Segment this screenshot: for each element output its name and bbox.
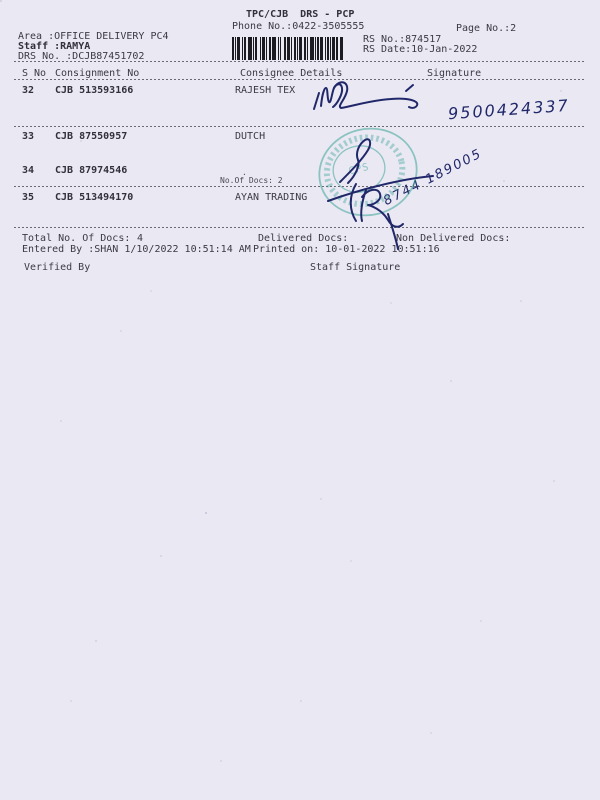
barcode [232,37,348,60]
row-consignee: AYAN TRADING [235,192,307,203]
separator-line [14,79,586,80]
cps-stamp: CPS [310,118,426,225]
col-header-sno: S No [22,68,46,79]
phone-number: Phone No.:0422-3505555 [232,21,364,32]
page-number: Page No.:2 [456,23,516,34]
row-sno: 32 [22,85,34,96]
row-consignment: CJB 87974546 [55,165,127,176]
non-delivered-docs-label: Non Delivered Docs: [396,233,510,244]
row-consignment: CJB 513494170 [55,192,133,203]
row-consignee: RAJESH TEX [235,85,295,96]
row-sno: 33 [22,131,34,142]
printed-on: Printed on: 10-01-2022 10:51:16 [253,244,440,255]
signature-scribble [314,82,417,109]
stamp-center-text: CPS [348,162,371,178]
separator-line [14,126,586,127]
col-header-consignee: Consignee Details [240,68,342,79]
total-docs-label: Total No. Of Docs: [22,233,130,244]
row-consignment: CJB 87550957 [55,131,127,142]
row-consignment: CJB 513593166 [55,85,133,96]
report-title: TPC/CJB DRS - PCP [246,9,354,20]
delivered-docs-label: Delivered Docs: [258,233,348,244]
total-docs-value: 4 [137,233,143,244]
col-header-consignment: Consignment No [55,68,139,79]
handwritten-phone-number: 9500424337 [447,96,570,123]
entered-by: Entered By :SHAN 1/10/2022 10:51:14 AM [22,244,251,255]
docs-note: No.Of Docs: 2 [220,176,283,185]
separator-line [14,61,586,62]
handwritten-number: 8744 189005 [381,146,485,209]
staff-signature-label: Staff Signature [310,262,400,273]
annotations-overlay: CPS [0,0,600,800]
row-sno: 34 [22,165,34,176]
rs-date: RS Date:10-Jan-2022 [363,44,477,55]
separator-line [14,186,586,187]
separator-line [14,227,586,228]
row-consignee: DUTCH [235,131,265,142]
row-sno: 35 [22,192,34,203]
col-header-signature: Signature [427,68,481,79]
paper-noise [0,0,2,2]
verified-by-label: Verified By [24,262,90,273]
